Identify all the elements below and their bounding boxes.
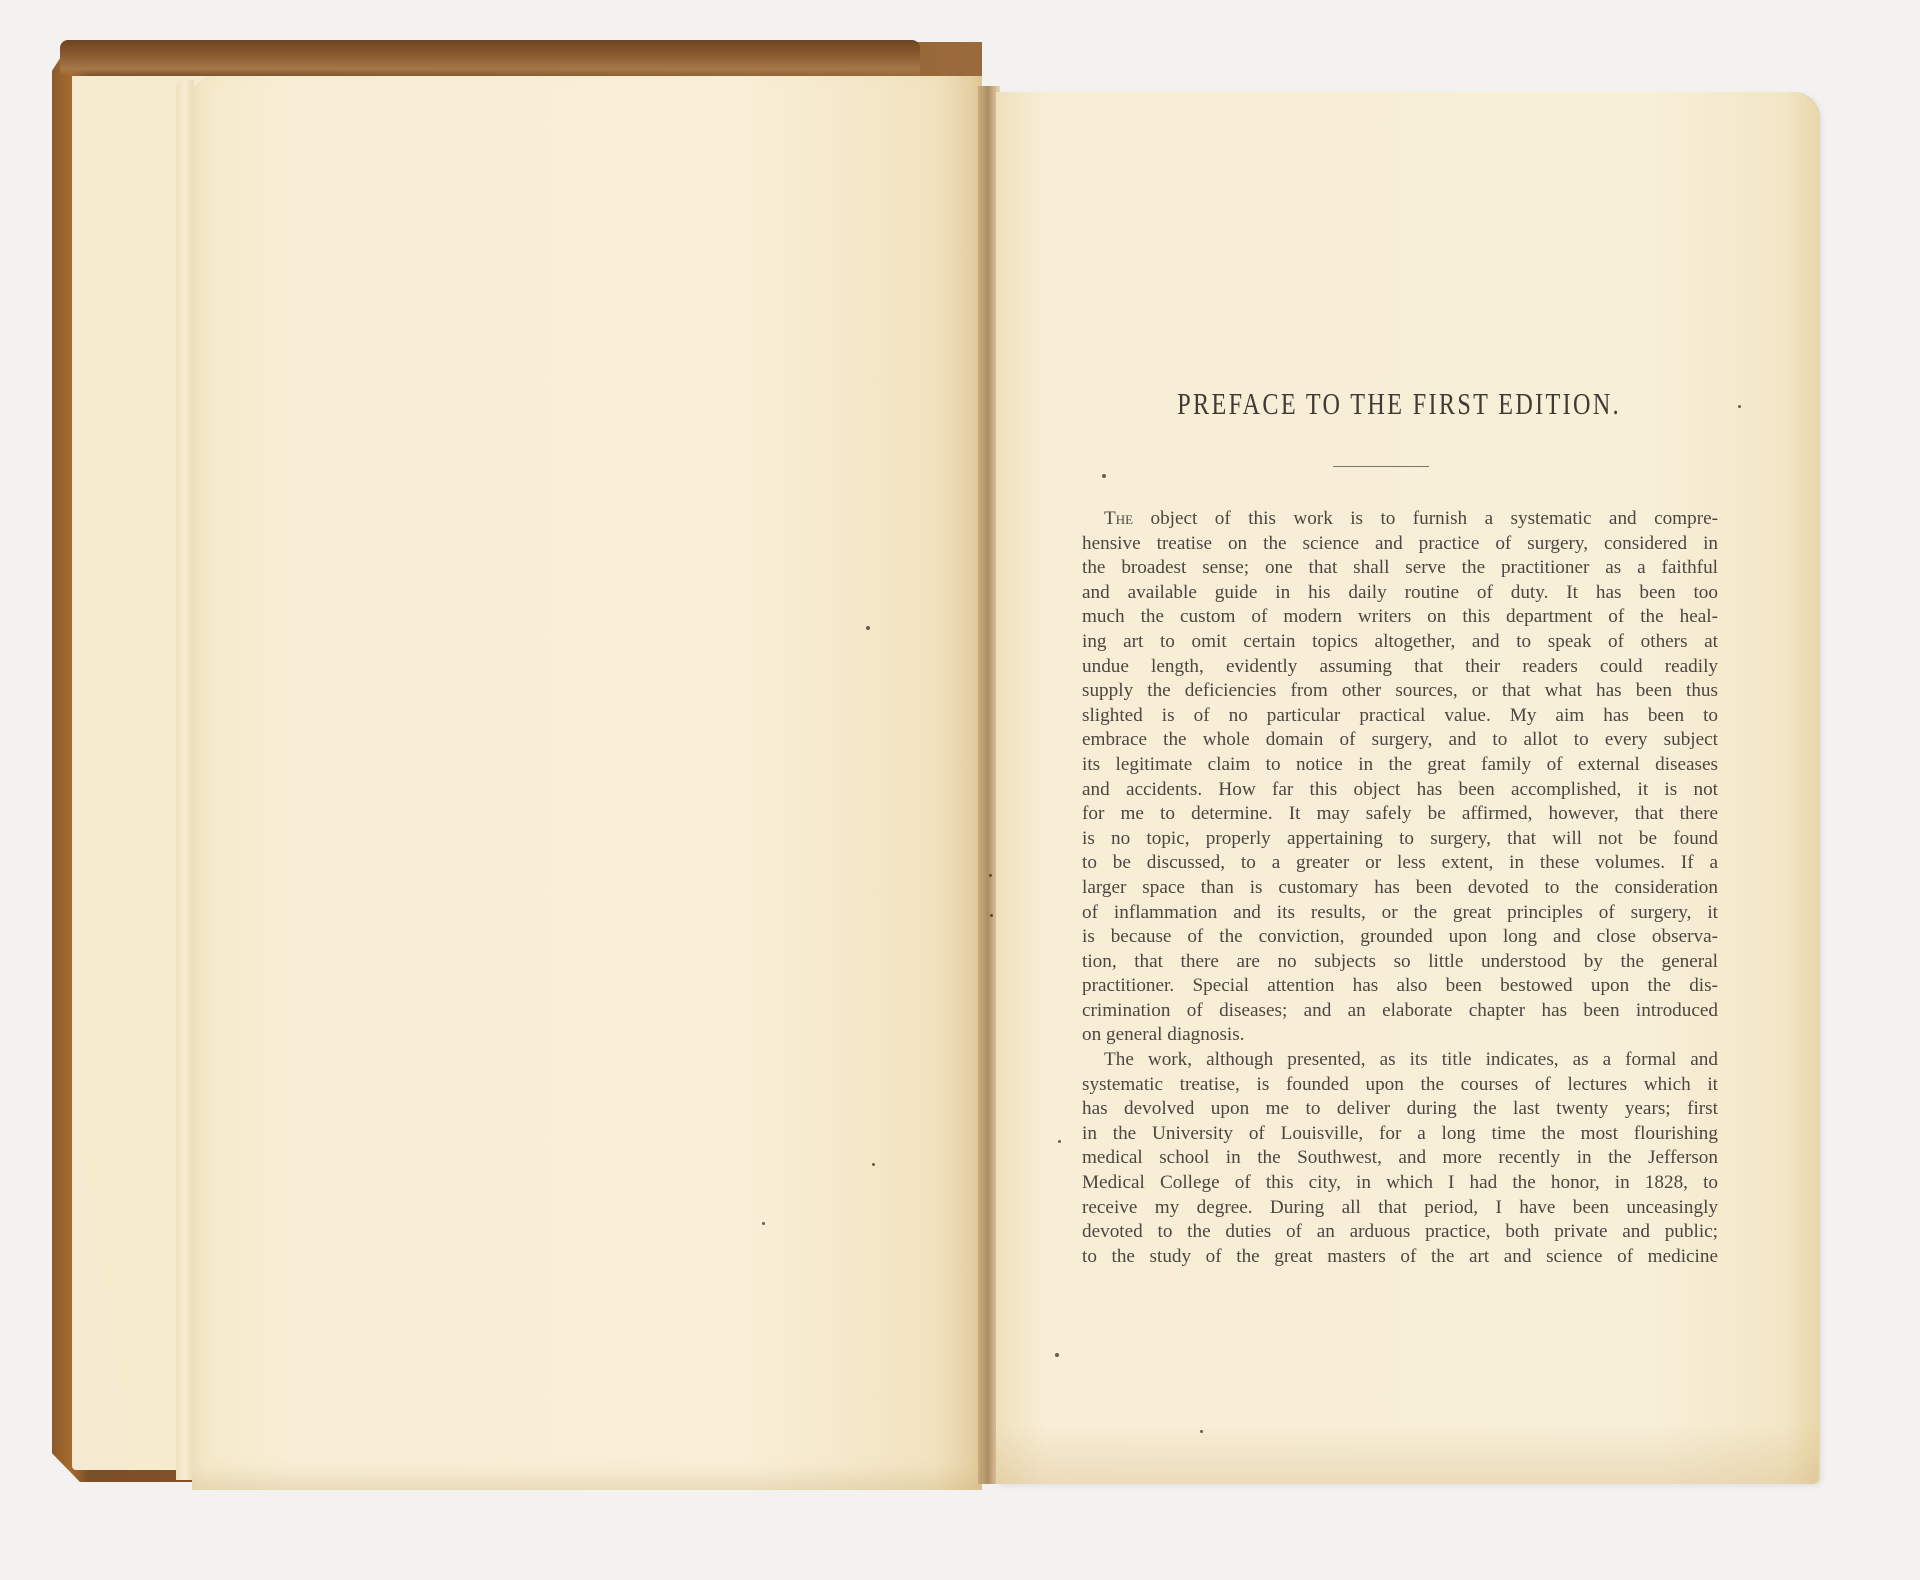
text-line: its legitimate claim to notice in the gr… — [1082, 753, 1718, 778]
text-line: supply the deficiencies from other sourc… — [1082, 679, 1718, 704]
text-line: devoted to the duties of an arduous prac… — [1082, 1220, 1718, 1245]
preface-title: PREFACE TO THE FIRST EDITION. — [1177, 386, 1583, 422]
text-line: systematic treatise, is founded upon the… — [1082, 1073, 1718, 1098]
text-line: practitioner. Special attention has also… — [1082, 974, 1718, 999]
foxing-spot — [866, 626, 870, 630]
text-line: medical school in the Southwest, and mor… — [1082, 1146, 1718, 1171]
foxing-spot — [1055, 1353, 1059, 1357]
text-line-content: object of this work is to furnish a syst… — [1133, 508, 1718, 529]
text-line: undue length, evidently assuming that th… — [1082, 655, 1718, 680]
text-line: embrace the whole domain of surgery, and… — [1082, 728, 1718, 753]
text-line: for me to determine. It may safely be af… — [1082, 802, 1718, 827]
foxing-spot — [1738, 405, 1741, 408]
text-line: tion, that there are no subjects so litt… — [1082, 950, 1718, 975]
text-line: The work, although presented, as its tit… — [1082, 1048, 1718, 1073]
lead-small-caps: The — [1104, 508, 1133, 529]
text-line: has devolved upon me to deliver during t… — [1082, 1097, 1718, 1122]
foxing-spot — [1200, 1430, 1203, 1433]
text-line: much the custom of modern writers on thi… — [1082, 605, 1718, 630]
foxing-spot — [990, 914, 993, 917]
cover-top-edge — [60, 40, 920, 76]
foxing-spot — [989, 874, 992, 877]
text-line: and accidents. How far this object has b… — [1082, 778, 1718, 803]
text-line: and available guide in his daily routine… — [1082, 581, 1718, 606]
text-line: larger space than is customary has been … — [1082, 876, 1718, 901]
text-line: slighted is of no particular practical v… — [1082, 704, 1718, 729]
title-rule — [1333, 466, 1429, 467]
left-page-blank — [192, 76, 982, 1490]
foxing-spot — [1102, 474, 1106, 478]
foxing-spot — [1058, 1140, 1061, 1143]
text-line: of inflammation and its results, or the … — [1082, 901, 1718, 926]
text-line: Medical College of this city, in which I… — [1082, 1171, 1718, 1196]
text-line: to the study of the great masters of the… — [1082, 1245, 1718, 1270]
photo-scene: PREFACE TO THE FIRST EDITION. The object… — [0, 0, 1920, 1580]
text-line: the broadest sense; one that shall serve… — [1082, 556, 1718, 581]
preface-body: The object of this work is to furnish a … — [1082, 507, 1718, 1269]
text-line: is because of the conviction, grounded u… — [1082, 925, 1718, 950]
foxing-spot — [762, 1222, 765, 1225]
text-line: ing art to omit certain topics altogethe… — [1082, 630, 1718, 655]
text-line: The object of this work is to furnish a … — [1082, 507, 1718, 532]
text-line: is no topic, properly appertaining to su… — [1082, 827, 1718, 852]
text-line: in the University of Louisville, for a l… — [1082, 1122, 1718, 1147]
foxing-spot — [872, 1163, 875, 1166]
text-line: on general diagnosis. — [1082, 1023, 1718, 1048]
text-line: to be discussed, to a greater or less ex… — [1082, 851, 1718, 876]
text-line: hensive treatise on the science and prac… — [1082, 532, 1718, 557]
text-line: receive my degree. During all that perio… — [1082, 1196, 1718, 1221]
text-line: crimination of diseases; and an elaborat… — [1082, 999, 1718, 1024]
